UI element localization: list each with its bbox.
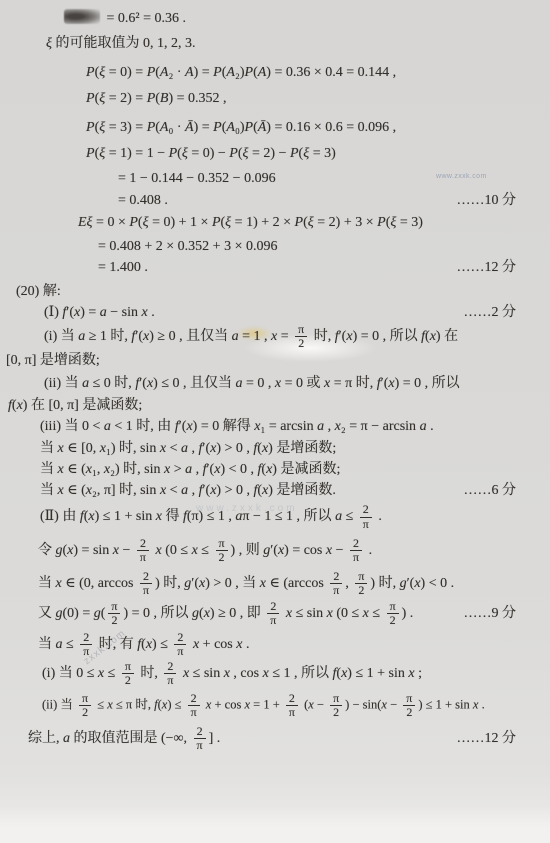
text-run: ) .: [402, 605, 414, 620]
text-run: ) = 0 , 所以 g(x) ≥ 0 , 即: [123, 605, 264, 620]
line-content: 当 a ≤ 2π 时, 有 f(x) ≤ 2π x + cos x .: [38, 631, 249, 658]
text-run: (ii) 当 a ≤ 0 时, f′(x) ≤ 0 , 且仅当 a = 0 , …: [44, 376, 460, 391]
text-run: x (0 ≤ x ≤: [152, 543, 212, 558]
math-line: = 1 − 0.144 − 0.352 − 0.096: [0, 168, 550, 189]
line-content: (ii) 当 π2 ≤ x ≤ π 时, f(x) ≤ 2π x + cos x…: [42, 692, 485, 719]
math-line: (i) 当 0 ≤ x ≤ π2 时, 2π x ≤ sin x , cos x…: [0, 660, 550, 687]
ink-smudge: [64, 9, 100, 24]
math-line: 当 x ∈ (0, arccos 2π) 时, g′(x) > 0 , 当 x …: [0, 570, 550, 597]
text-run: x ≤ sin x , cos x ≤ 1 , 所以 f(x) ≤ 1 + si…: [179, 666, 422, 681]
math-line: 当 x ∈ (x₁, x₂) 时, sin x > a , f′(x) < 0 …: [0, 459, 550, 480]
line-content: 当 x ∈ (x₁, x₂) 时, sin x > a , f′(x) < 0 …: [40, 459, 340, 480]
line-content: (Ⅱ) 由 f(x) ≤ 1 + sin x 得 f(π) ≤ 1 , aπ −…: [40, 503, 382, 530]
math-line: 当 a ≤ 2π 时, 有 f(x) ≤ 2π x + cos x .: [0, 631, 550, 658]
line-content: P(ξ = 2) = P(B) = 0.352 ,: [86, 88, 227, 109]
text-run: 又 g(0) = g(: [38, 605, 105, 620]
text-run: (Ⅰ) f′(x) = a − sin x .: [44, 305, 155, 320]
line-content: ξ 的可能取值为 0, 1, 2, 3.: [46, 33, 196, 54]
text-run: 时,: [137, 666, 162, 681]
math-line: (i) 当 a ≥ 1 时, f′(x) ≥ 0 , 且仅当 a = 1 , x…: [0, 323, 550, 350]
text-run: 时, 有 f(x) ≤: [95, 637, 171, 652]
fraction: 2π: [188, 692, 200, 719]
text-run: 当 a ≤: [38, 637, 77, 652]
text-run: 当 x ∈ (0, arccos: [38, 576, 137, 591]
text-run: = 1 − 0.144 − 0.352 − 0.096: [118, 171, 276, 186]
text-run: ,: [345, 576, 352, 591]
text-run: (iii) 当 0 < a < 1 时, 由 f′(x) = 0 解得 x₁ =…: [40, 419, 434, 434]
text-run: .: [365, 543, 372, 558]
line-content: P(ξ = 1) = 1 − P(ξ = 0) − P(ξ = 2) − P(ξ…: [86, 143, 336, 164]
text-run: ≤ x ≤ π 时, f(x) ≤: [94, 697, 184, 711]
text-run: 综上, a 的取值范围是 (−∞,: [28, 731, 191, 746]
math-line: (Ⅱ) 由 f(x) ≤ 1 + sin x 得 f(π) ≤ 1 , aπ −…: [0, 503, 550, 530]
text-run: = 0.6² = 0.36 .: [103, 11, 186, 26]
fraction: 2π: [350, 537, 362, 564]
math-line: 令 g(x) = sin x − 2π x (0 ≤ x ≤ π2) , 则 g…: [0, 537, 550, 564]
line-content: (20) 解:: [16, 281, 61, 302]
line-content: 综上, a 的取值范围是 (−∞, 2π] .: [28, 725, 220, 752]
math-line: f(x) 在 [0, π] 是减函数;: [0, 395, 550, 416]
text-run: P(ξ = 3) = P(A₀ · Ā) = P(A₀)P(Ā) = 0.16 …: [86, 120, 396, 135]
text-run: P(ξ = 1) = 1 − P(ξ = 0) − P(ξ = 2) − P(ξ…: [86, 146, 336, 161]
line-content: Eξ = 0 × P(ξ = 0) + 1 × P(ξ = 1) + 2 × P…: [78, 212, 423, 233]
fraction: 2π: [286, 692, 298, 719]
math-line: 综上, a 的取值范围是 (−∞, 2π] .……12 分: [0, 725, 550, 752]
line-content: 令 g(x) = sin x − 2π x (0 ≤ x ≤ π2) , 则 g…: [38, 537, 372, 564]
math-line: = 1.400 .……12 分: [0, 257, 550, 278]
text-run: 时, f′(x) = 0 , 所以 f(x) 在: [310, 329, 458, 344]
line-content: (iii) 当 0 < a < 1 时, 由 f′(x) = 0 解得 x₁ =…: [40, 416, 434, 437]
text-run: ) 时, g′(x) > 0 , 当 x ∈ (arccos: [155, 576, 327, 591]
math-line: 当 x ∈ [0, x₁) 时, sin x < a , f′(x) > 0 ,…: [0, 438, 550, 459]
line-content: 当 x ∈ (x₂, π] 时, sin x < a , f′(x) > 0 ,…: [40, 480, 336, 501]
fraction: 2π: [140, 570, 152, 597]
solution-text-block: = 0.6² = 0.36 .ξ 的可能取值为 0, 1, 2, 3.P(ξ =…: [0, 8, 550, 752]
text-run: .: [375, 509, 382, 524]
text-run: (i) 当 a ≥ 1 时, f′(x) ≥ 0 , 且仅当 a = 1 , x…: [44, 329, 292, 344]
fraction: π2: [403, 692, 415, 719]
fraction: 2π: [164, 660, 176, 687]
text-run: (20) 解:: [16, 284, 61, 299]
text-run: 当 x ∈ (x₂, π] 时, sin x < a , f′(x) > 0 ,…: [40, 483, 336, 498]
line-content: (i) 当 a ≥ 1 时, f′(x) ≥ 0 , 且仅当 a = 1 , x…: [44, 323, 458, 350]
fraction: 2π: [80, 631, 92, 658]
score-marker: ……12 分: [457, 257, 550, 278]
line-content: 当 x ∈ (0, arccos 2π) 时, g′(x) > 0 , 当 x …: [38, 570, 454, 597]
fraction: π2: [355, 570, 367, 597]
text-run: [0, π] 是增函数;: [6, 353, 100, 368]
score-marker: ……10 分: [457, 190, 550, 211]
text-run: ) ≤ 1 + sin x .: [418, 697, 484, 711]
math-line: ξ 的可能取值为 0, 1, 2, 3.: [0, 33, 550, 54]
math-line: P(ξ = 0) = P(A₂ · A) = P(A₂)P(A) = 0.36 …: [0, 62, 550, 83]
math-line: (ii) 当 a ≤ 0 时, f′(x) ≤ 0 , 且仅当 a = 0 , …: [0, 373, 550, 394]
math-line: (iii) 当 0 < a < 1 时, 由 f′(x) = 0 解得 x₁ =…: [0, 416, 550, 437]
line-content: (i) 当 0 ≤ x ≤ π2 时, 2π x ≤ sin x , cos x…: [42, 660, 422, 687]
text-run: ) 时, g′(x) < 0 .: [370, 576, 454, 591]
math-line: P(ξ = 2) = P(B) = 0.352 ,: [0, 88, 550, 109]
fraction: 2π: [137, 537, 149, 564]
math-line: Eξ = 0 × P(ξ = 0) + 1 × P(ξ = 1) + 2 × P…: [0, 212, 550, 233]
fraction: 2π: [330, 570, 342, 597]
fraction: π2: [108, 600, 120, 627]
line-content: = 0.6² = 0.36 .: [64, 8, 186, 29]
fraction: π2: [122, 660, 134, 687]
fraction: 2π: [267, 600, 279, 627]
score-marker: ……6 分: [464, 480, 550, 501]
math-line: P(ξ = 1) = 1 − P(ξ = 0) − P(ξ = 2) − P(ξ…: [0, 143, 550, 164]
math-line: 又 g(0) = g(π2) = 0 , 所以 g(x) ≥ 0 , 即 2π …: [0, 600, 550, 627]
bottom-light-band: [0, 807, 550, 843]
math-line: 当 x ∈ (x₂, π] 时, sin x < a , f′(x) > 0 ,…: [0, 480, 550, 501]
line-content: P(ξ = 0) = P(A₂ · A) = P(A₂)P(A) = 0.36 …: [86, 62, 396, 83]
math-line: (20) 解:: [0, 281, 550, 302]
fraction: π2: [295, 323, 307, 350]
text-run: 当 x ∈ [0, x₁) 时, sin x < a , f′(x) > 0 ,…: [40, 441, 336, 456]
line-content: = 0.408 .: [118, 190, 168, 211]
line-content: 当 x ∈ [0, x₁) 时, sin x < a , f′(x) > 0 ,…: [40, 438, 336, 459]
text-run: = 0.408 .: [118, 193, 168, 208]
text-run: ] .: [209, 731, 221, 746]
fraction: 2π: [360, 503, 372, 530]
text-run: (ii) 当: [42, 697, 76, 711]
scanned-exam-page: www.zxxk.com www.zxxk.com zxxk.com = 0.6…: [0, 0, 550, 843]
fraction: 2π: [174, 631, 186, 658]
text-run: (i) 当 0 ≤ x ≤: [42, 666, 119, 681]
math-line: (Ⅰ) f′(x) = a − sin x .……2 分: [0, 302, 550, 323]
math-line: = 0.408 + 2 × 0.352 + 3 × 0.096: [0, 236, 550, 257]
line-content: = 0.408 + 2 × 0.352 + 3 × 0.096: [98, 236, 277, 257]
score-marker: ……12 分: [457, 728, 550, 749]
math-line: = 0.408 .……10 分: [0, 190, 550, 211]
math-line: [0, π] 是增函数;: [0, 350, 550, 371]
score-marker: ……9 分: [464, 603, 550, 624]
fraction: π2: [215, 537, 227, 564]
line-content: P(ξ = 3) = P(A₀ · Ā) = P(A₀)P(Ā) = 0.16 …: [86, 117, 396, 138]
text-run: (Ⅱ) 由 f(x) ≤ 1 + sin x 得 f(π) ≤ 1 , aπ −…: [40, 509, 357, 524]
math-line: (ii) 当 π2 ≤ x ≤ π 时, f(x) ≤ 2π x + cos x…: [0, 692, 550, 719]
fraction: 2π: [194, 725, 206, 752]
text-run: Eξ = 0 × P(ξ = 0) + 1 × P(ξ = 1) + 2 × P…: [78, 215, 423, 230]
text-run: (x −: [301, 697, 327, 711]
fraction: π2: [387, 600, 399, 627]
text-run: ) , 则 g′(x) = cos x −: [231, 543, 347, 558]
text-run: P(ξ = 0) = P(A₂ · A) = P(A₂)P(A) = 0.36 …: [86, 65, 396, 80]
math-line: P(ξ = 3) = P(A₀ · Ā) = P(A₀)P(Ā) = 0.16 …: [0, 117, 550, 138]
text-run: = 1.400 .: [98, 260, 148, 275]
fraction: π2: [79, 692, 91, 719]
text-run: = 0.408 + 2 × 0.352 + 3 × 0.096: [98, 239, 277, 254]
text-run: f(x) 在 [0, π] 是减函数;: [8, 398, 142, 413]
text-run: ) − sin(x −: [345, 697, 400, 711]
text-run: x + cos x .: [189, 637, 249, 652]
text-run: 令 g(x) = sin x −: [38, 543, 134, 558]
line-content: f(x) 在 [0, π] 是减函数;: [8, 395, 142, 416]
math-line: = 0.6² = 0.36 .: [0, 8, 550, 29]
line-content: = 1 − 0.144 − 0.352 − 0.096: [118, 168, 276, 189]
line-content: (Ⅰ) f′(x) = a − sin x .: [44, 302, 155, 323]
text-run: P(ξ = 2) = P(B) = 0.352 ,: [86, 91, 227, 106]
text-run: ξ 的可能取值为 0, 1, 2, 3.: [46, 36, 196, 51]
text-run: 当 x ∈ (x₁, x₂) 时, sin x > a , f′(x) < 0 …: [40, 462, 340, 477]
score-marker: ……2 分: [464, 302, 550, 323]
line-content: 又 g(0) = g(π2) = 0 , 所以 g(x) ≥ 0 , 即 2π …: [38, 600, 413, 627]
line-content: [0, π] 是增函数;: [6, 350, 100, 371]
fraction: π2: [330, 692, 342, 719]
text-run: x ≤ sin x (0 ≤ x ≤: [282, 605, 383, 620]
line-content: = 1.400 .: [98, 257, 148, 278]
line-content: (ii) 当 a ≤ 0 时, f′(x) ≤ 0 , 且仅当 a = 0 , …: [44, 373, 460, 394]
text-run: x + cos x = 1 +: [203, 697, 283, 711]
